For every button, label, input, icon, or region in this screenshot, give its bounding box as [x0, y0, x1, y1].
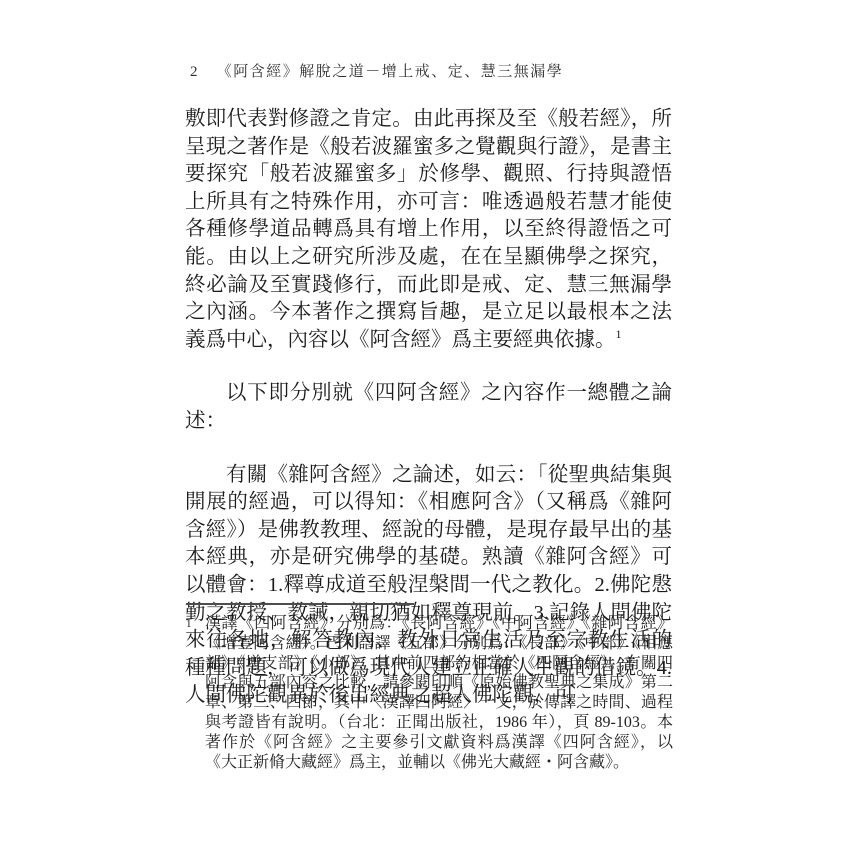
running-title: 《阿含經》解脫之道－增上戒、定、慧三無漏學 — [217, 64, 564, 80]
footnote-text: 漢譯《四阿含經》分別爲：《長阿含經》《中阿含經》《雜阿含經》《增壹阿含經》。巴利… — [205, 614, 673, 772]
paragraph-2: 以下即分別就《四阿含經》之內容作一總體之論述： — [185, 380, 672, 435]
page-number: 2 — [190, 64, 198, 80]
paragraph-continuation: 敷即代表對修證之肯定。由此再探及至《般若經》，所呈現之著作是《般若波羅蜜多之覺觀… — [185, 106, 672, 354]
footnote-area: 1 漢譯《四阿含經》分別爲：《長阿含經》《中阿含經》《雜阿含經》《增壹阿含經》。… — [186, 603, 673, 772]
paragraph-1-text: 敷即代表對修證之肯定。由此再探及至《般若經》，所呈現之著作是《般若波羅蜜多之覺觀… — [185, 108, 672, 351]
footnote-separator — [186, 603, 414, 605]
footnote: 1 漢譯《四阿含經》分別爲：《長阿含經》《中阿含經》《雜阿含經》《增壹阿含經》。… — [186, 614, 673, 772]
book-page: 2 《阿含經》解脫之道－增上戒、定、慧三無漏學 敷即代表對修證之肯定。由此再探及… — [0, 0, 850, 850]
running-header: 2 《阿含經》解脫之道－增上戒、定、慧三無漏學 — [190, 60, 563, 81]
footnote-reference: 1 — [616, 327, 622, 341]
footnote-marker: 1 — [186, 614, 205, 772]
